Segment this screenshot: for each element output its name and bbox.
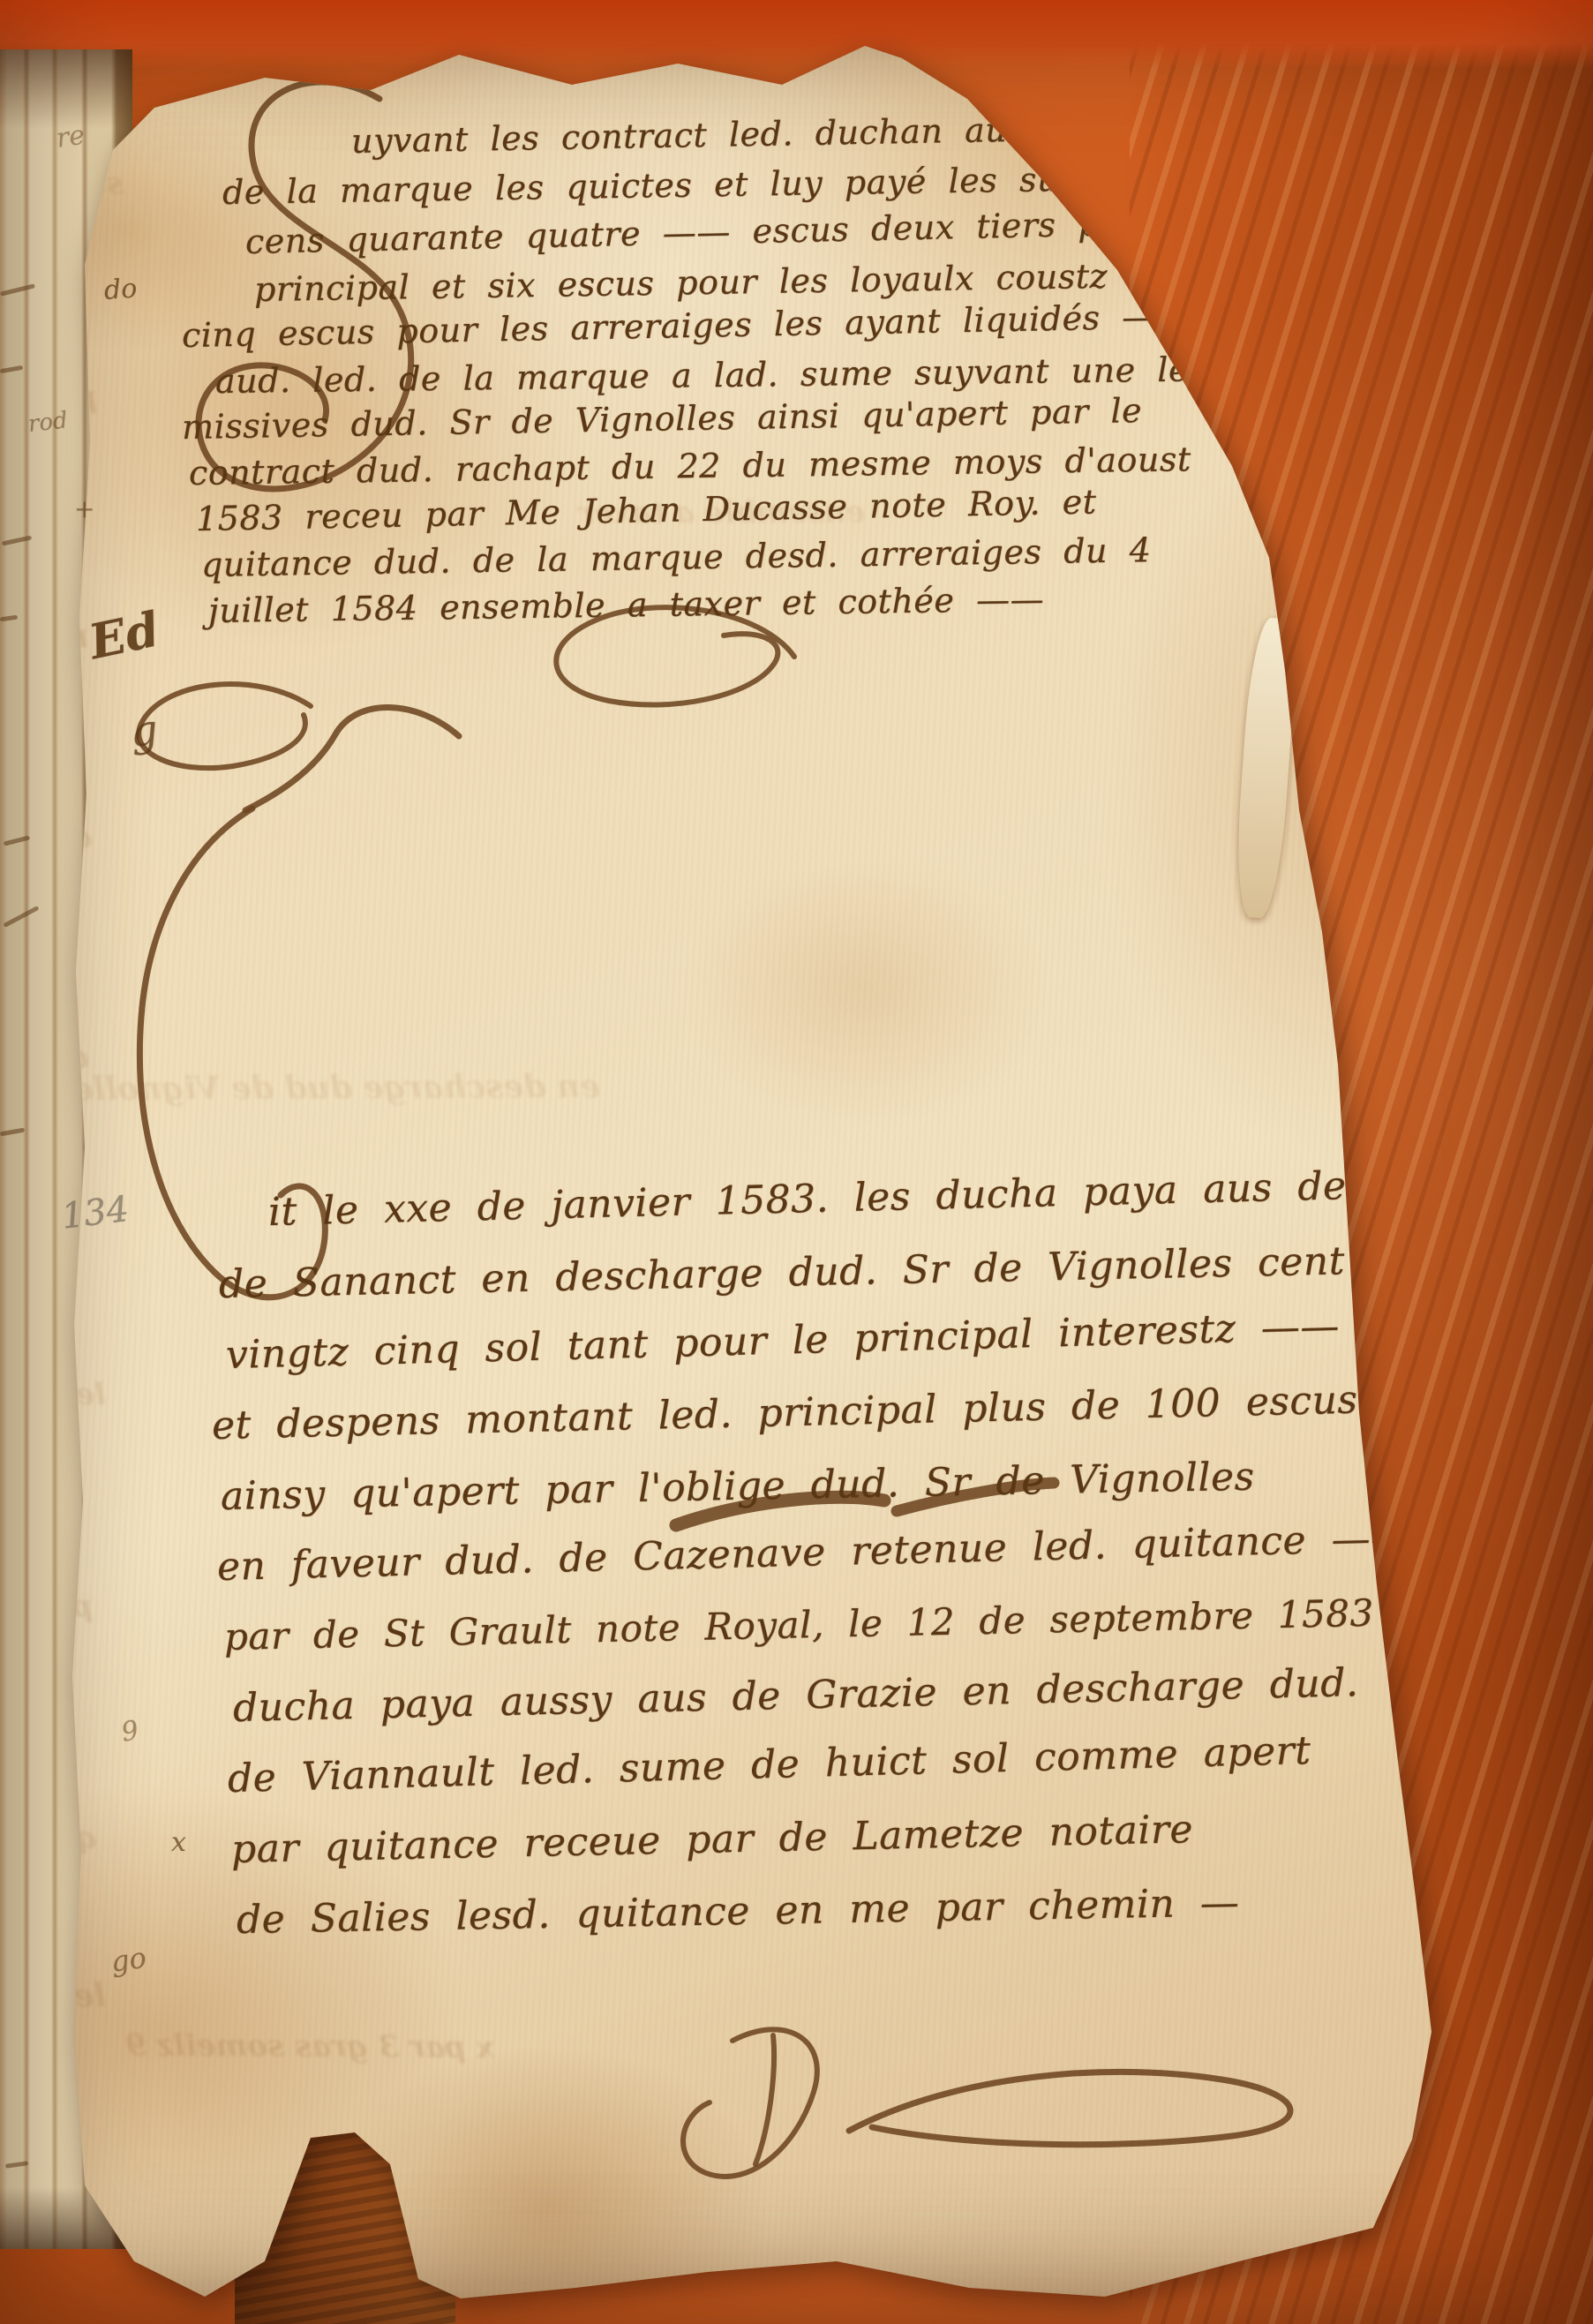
- manuscript-line: it le xxe de janvier 1583. les ducha pay…: [267, 1161, 1450, 1235]
- manuscript-line: de Sananct en descharge dud. Sr de Vigno…: [218, 1236, 1503, 1307]
- closing-paraph-flourish: [683, 2029, 1290, 2177]
- margin-mark: rod: [26, 407, 69, 438]
- manuscript-line: uyvant les contract led. duchan auroit r…: [351, 105, 1333, 161]
- margin-mark: x: [171, 1827, 186, 1858]
- manuscript-line: de la marque les quictes et luy payé les…: [222, 155, 1369, 212]
- manuscript-line: de Viannault led. sume de huict sol comm…: [227, 1728, 1311, 1801]
- bleedthrough-line: les ducha paya aus de: [0, 1373, 106, 1412]
- paper-crease: [1251, 406, 1362, 566]
- manuscript-line: en faveur dud. de Cazenave retenue led. …: [216, 1515, 1410, 1590]
- margin-mark: 134: [59, 1189, 131, 1237]
- manuscript-line: cens quarante quatre —— escus deux tiers…: [245, 202, 1213, 261]
- paragraph-divider-flourish: [139, 607, 794, 768]
- manuscript-line: vingtz cinq sol tant pour le principal i…: [225, 1304, 1340, 1378]
- manuscript-line: ainsy qu'apert par l'oblige dud. Sr de V…: [221, 1455, 1256, 1519]
- bleedthrough-line: en descharge dud de Vignolles: [55, 1068, 600, 1108]
- paper-torn-edge-layer: [1232, 617, 1299, 920]
- bleedthrough-line: sume de la marque les quictes descharge …: [0, 158, 124, 201]
- bleedthrough-line: principal interestz despens: [0, 1589, 93, 1628]
- manuscript-photo: sume de la marque les quictes descharge …: [0, 0, 1593, 2324]
- bleedthrough-line: x par 3 gras someilz 9: [125, 2027, 494, 2065]
- manuscript-line: principal et six escus pour les loyaulx …: [254, 254, 1293, 309]
- paper-shadow-wrap: sume de la marque les quictes descharge …: [0, 0, 1593, 2324]
- manuscript-line: ducha paya aussy aus de Grazie en descha…: [232, 1660, 1358, 1731]
- manuscript-line: quitance dud. de la marque desd. arrerai…: [201, 530, 1152, 584]
- margin-mark: +: [74, 494, 94, 523]
- manuscript-page: sume de la marque les quictes descharge …: [0, 0, 1593, 2324]
- paper-crease: [1163, 237, 1308, 424]
- bleedthrough-line: de la marque suyvant les: [0, 1037, 88, 1075]
- margin-mark: g: [128, 705, 160, 757]
- margin-mark: re: [55, 120, 87, 154]
- manuscript-line: par de St Grault note Royal, le 12 de se…: [223, 1590, 1452, 1658]
- manuscript-line: de Salies lesd. quitance en me par chemi…: [237, 1880, 1240, 1943]
- bleedthrough-line: quitance receue notaire les ducha: [0, 819, 93, 860]
- manuscript-line: par quitance receue par de Lametze notai…: [230, 1807, 1193, 1872]
- margin-mark: go: [109, 1941, 148, 1979]
- bleedthrough-line: lesd quitance par chemin les: [0, 1977, 106, 2019]
- manuscript-line: et despens montant led. principal plus d…: [211, 1376, 1433, 1448]
- manuscript-line: juillet 1584 ensemble a taxer et cothée …: [208, 580, 1045, 630]
- margin-mark: do: [103, 273, 139, 306]
- bleedthrough-line: quitance receue par notaire: [0, 1817, 97, 1855]
- bleedthrough-line: rachapte dud les arreraiges sume: [0, 614, 88, 655]
